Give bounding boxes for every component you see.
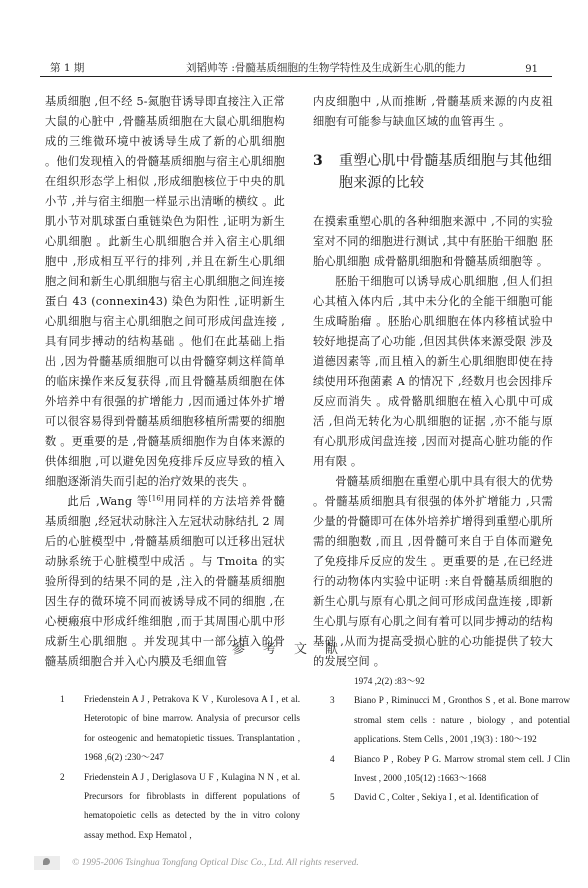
reference-item: 2 Friedenstein A J , Deriglasova U F , K… — [60, 768, 300, 846]
issue-label: 第 1 期 — [50, 60, 84, 75]
reference-item: 1 Friedenstein A J , Petrakova K V , Kur… — [60, 690, 300, 768]
reference-item: 3 Biano P , Riminucci M , Gronthos S , e… — [330, 691, 570, 749]
citation: [16] — [149, 494, 164, 502]
section-number: 3 — [313, 150, 339, 194]
reference-text: Bianco P , Robey P G. Marrow stromal ste… — [354, 750, 570, 789]
page-number: 91 — [525, 64, 538, 75]
references-left: 1 Friedenstein A J , Petrakova K V , Kur… — [60, 690, 300, 845]
reference-continuation: 1974 ,2(2) :83～92 — [330, 672, 570, 691]
section-heading: 3 重塑心肌中骨髓基质细胞与其他细胞来源的比较 — [313, 150, 553, 194]
paragraph: 基质细胞 ,但不经 5-氮胞苷诱导即直接注入正常大鼠的心脏中 ,骨髓基质细胞在大… — [45, 92, 285, 492]
running-title: 刘韬帅等 :骨髓基质细胞的生物学特性及生成新生心肌的能力 — [186, 60, 466, 75]
right-column: 内皮细胞中 ,从而推断 ,骨髓基质来源的内皮祖细胞有可能参与缺血区域的血管再生 … — [313, 92, 553, 672]
reference-text: David C , Colter , Sekiya I , et al. Ide… — [354, 788, 570, 807]
publisher-logo-icon — [34, 856, 60, 870]
reference-item: 5 David C , Colter , Sekiya I , et al. I… — [330, 788, 570, 807]
references-heading: 参考文献 — [0, 638, 588, 657]
left-column: 基质细胞 ,但不经 5-氮胞苷诱导即直接注入正常大鼠的心脏中 ,骨髓基质细胞在大… — [45, 92, 285, 672]
reference-text: Friedenstein A J , Petrakova K V , Kurol… — [84, 690, 300, 768]
paragraph: 在摸索重塑心肌的各种细胞来源中 ,不同的实验室对不同的细胞进行测试 ,其中有胚胎… — [313, 212, 553, 272]
reference-text: Biano P , Riminucci M , Gronthos S , et … — [354, 691, 570, 749]
references-right: 1974 ,2(2) :83～92 3 Biano P , Riminucci … — [330, 672, 570, 808]
reference-number: 1 — [60, 690, 84, 768]
paragraph: 胚胎干细胞可以诱导成心肌细胞 ,但人们担心其植入体内后 ,其中未分化的全能干细胞… — [313, 272, 553, 472]
copyright-footer: © 1995-2006 Tsinghua Tongfang Optical Di… — [34, 856, 359, 870]
section-title: 重塑心肌中骨髓基质细胞与其他细胞来源的比较 — [339, 150, 553, 194]
copyright-text: © 1995-2006 Tsinghua Tongfang Optical Di… — [72, 858, 359, 868]
reference-number: 4 — [330, 750, 354, 789]
paragraph-text: 此后 ,Wang 等 — [67, 495, 148, 508]
reference-text: Friedenstein A J , Deriglasova U F , Kul… — [84, 768, 300, 846]
reference-item: 4 Bianco P , Robey P G. Marrow stromal s… — [330, 750, 570, 789]
paragraph: 内皮细胞中 ,从而推断 ,骨髓基质来源的内皮祖细胞有可能参与缺血区域的血管再生 … — [313, 92, 553, 132]
reference-number: 3 — [330, 691, 354, 749]
reference-number: 5 — [330, 788, 354, 807]
running-header: 第 1 期 刘韬帅等 :骨髓基质细胞的生物学特性及生成新生心肌的能力 91 — [40, 58, 552, 77]
reference-number: 2 — [60, 768, 84, 846]
